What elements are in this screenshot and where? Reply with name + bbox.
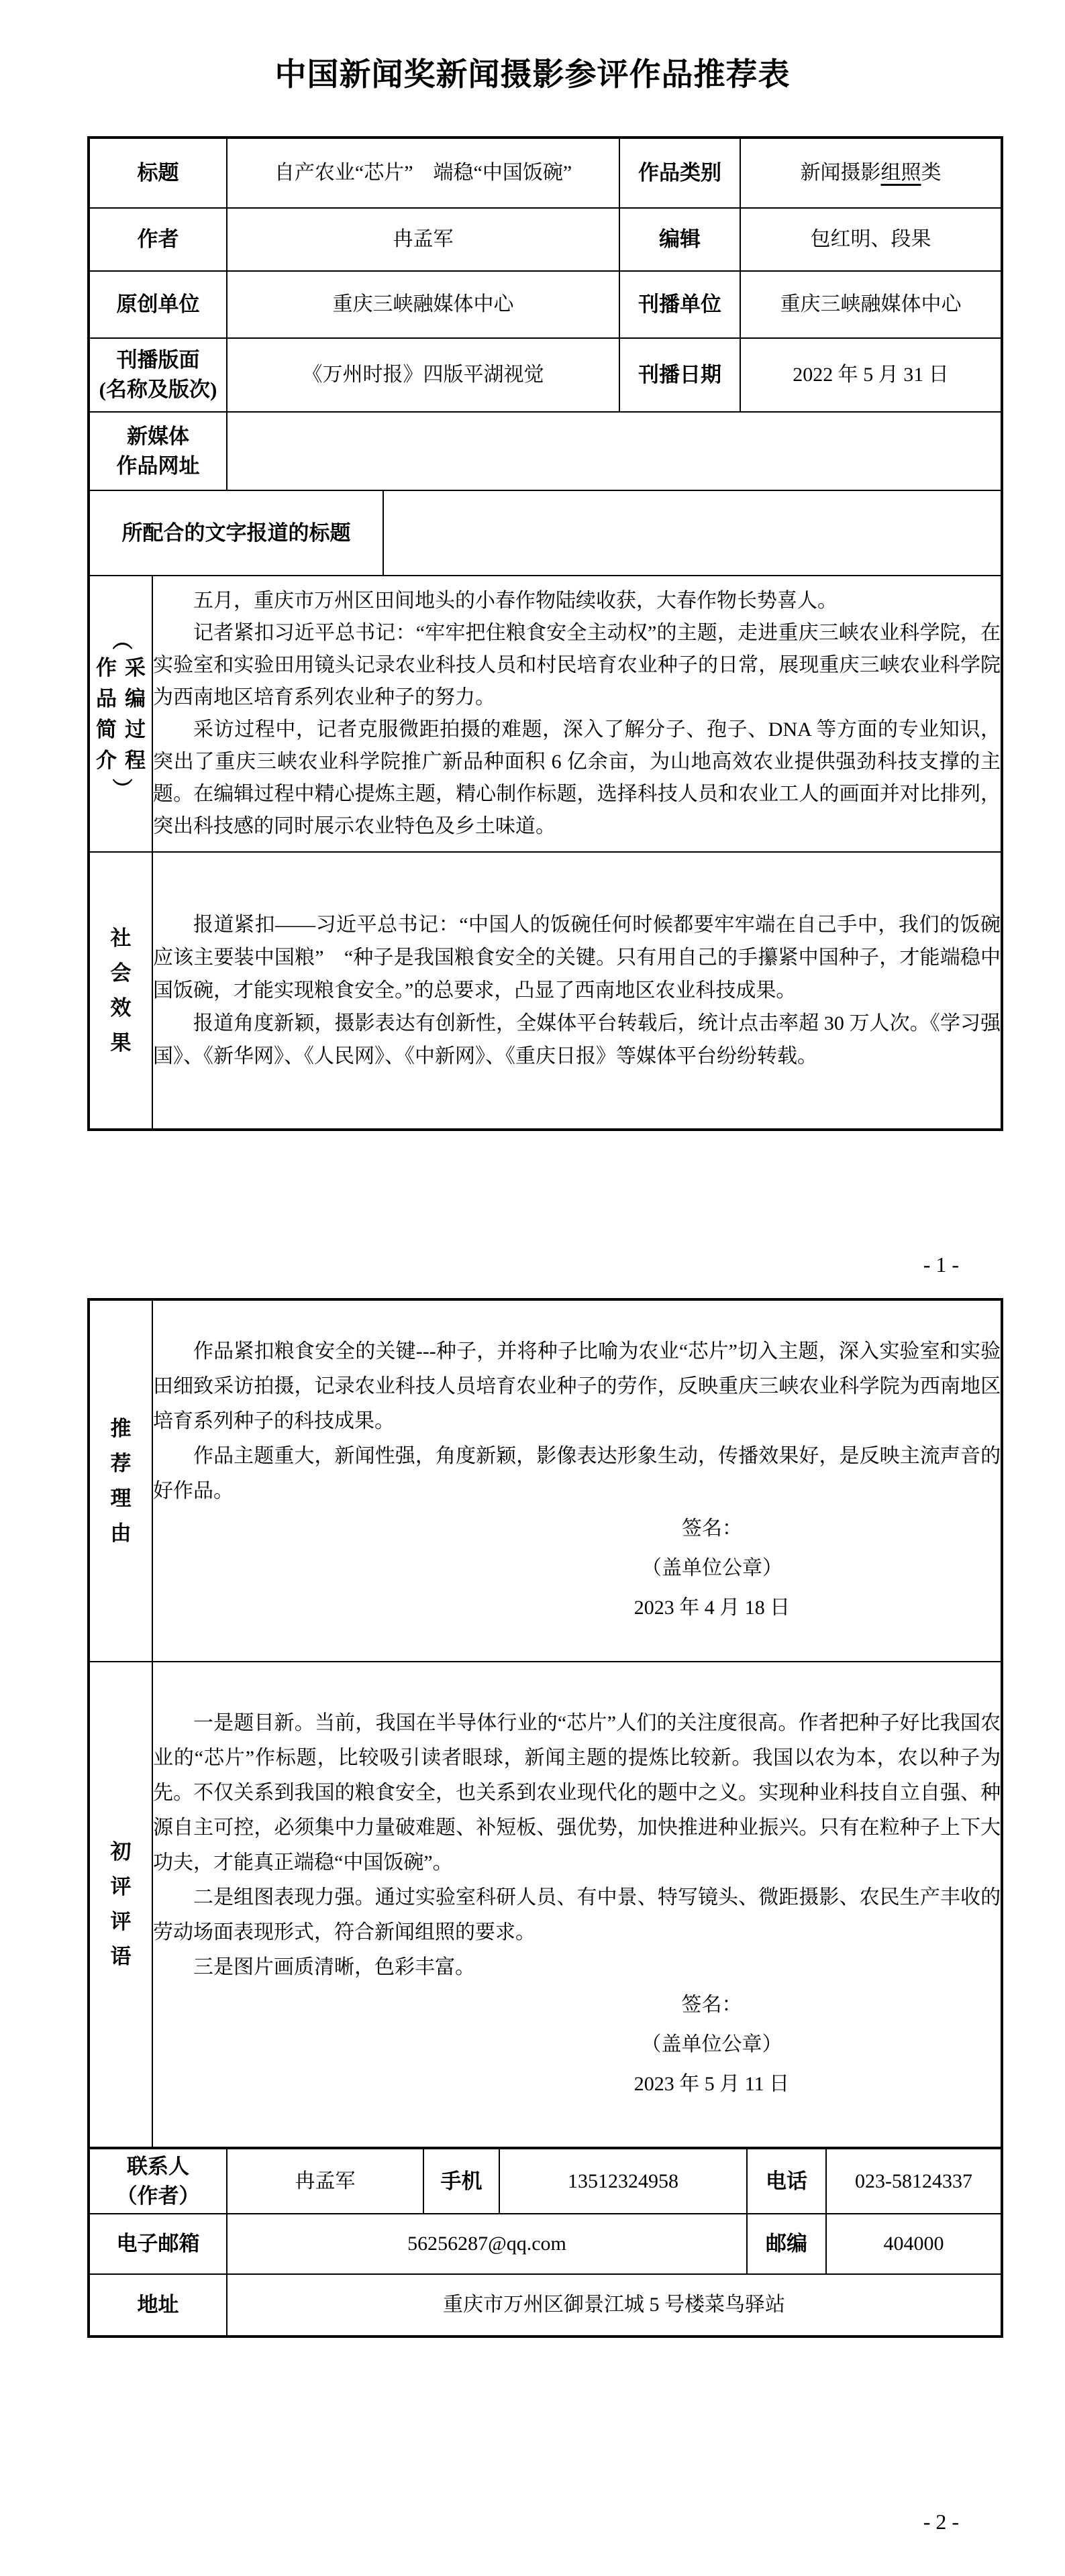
category-suffix: 类: [921, 162, 942, 184]
row-title: 标题 自产农业“芯片” 端稳“中国饭碗” 作品类别 新闻摄影组照类: [89, 138, 1002, 208]
review-paragraph: 三是图片画质清晰，色彩丰富。: [153, 1950, 1001, 1985]
row-layout: 刊播版面 (名称及版次) 《万州时报》四版平湖视觉 刊播日期 2022 年 5 …: [89, 338, 1002, 412]
process-paragraph: 五月，重庆市万州区田间地头的小春作物陆续收获，大春作物长势喜人。: [153, 585, 1001, 617]
origin-value: 重庆三峡融媒体中心: [227, 271, 619, 338]
row-recommendation: 推 荐 理 由 作品紧扣粮食安全的关键---种子，并将种子比喻为农业“芯片”切入…: [89, 1299, 1002, 1662]
document-page: 中国新闻奖新闻摄影参评作品推荐表 标题 自产农业“芯片” 端稳“中国饭碗” 作品…: [0, 0, 1065, 2576]
title-value: 自产农业“芯片” 端稳“中国饭碗”: [227, 138, 619, 208]
process-label-row: 品编: [96, 688, 152, 709]
review-paragraph: 二是组图表现力强。通过实验室科研人员、有中景、特写镜头、微距摄影、农民生产丰收的…: [153, 1880, 1001, 1950]
process-label-row: 简过: [96, 719, 152, 740]
process-label-stack: （ 作采 品编 简过 介程 ）: [90, 633, 152, 796]
mobile-label: 手机: [423, 2148, 499, 2214]
publish-date-label: 刊播日期: [619, 338, 740, 412]
recommendation-label-text: 推 荐 理 由: [90, 1411, 152, 1551]
review-paragraph: 一是题目新。当前，我国在半导体行业的“芯片”人们的关注度很高。作者把种子好比我国…: [153, 1706, 1001, 1880]
review-signature-block: 签名： （盖单位公章） 2023 年 5 月 11 日: [153, 1985, 1001, 2104]
initial-review-label: 初 评 评 语: [89, 1662, 152, 2148]
process-paragraph: 记者紧扣习近平总书记：“牢牢把住粮食安全主动权”的主题，走进重庆三峡农业科学院，…: [153, 617, 1001, 714]
process-label-row: 介程: [96, 750, 152, 771]
recommendation-text: 作品紧扣粮食安全的关键---种子，并将种子比喻为农业“芯片”切入主题，深入实验室…: [152, 1299, 1002, 1662]
email-value: 56256287@qq.com: [227, 2214, 747, 2274]
contact-person-value: 冉孟军: [227, 2148, 423, 2214]
layout-value: 《万州时报》四版平湖视觉: [227, 338, 619, 412]
signature-date: 2023 年 5 月 11 日: [594, 2064, 789, 2104]
category-label: 作品类别: [619, 138, 740, 208]
bracket-close: ）: [113, 778, 128, 798]
url-value: [227, 412, 1002, 490]
recommendation-paragraph: 作品主题重大，新闻性强，角度新颖，影像表达形象生动，传播效果好，是反映主流声音的…: [153, 1439, 1001, 1509]
address-label: 地址: [89, 2274, 227, 2337]
layout-label: 刊播版面 (名称及版次): [89, 338, 227, 412]
social-effect-text: 报道紧扣——习近平总书记：“中国人的饭碗任何时候都要牢牢端在自己手中，我们的饭碗…: [152, 852, 1002, 1130]
row-origin: 原创单位 重庆三峡融媒体中心 刊播单位 重庆三峡融媒体中心: [89, 271, 1002, 338]
seal-note: （盖单位公章）: [594, 1548, 791, 1588]
row-author: 作者 冉孟军 编辑 包红明、段果: [89, 208, 1002, 271]
editor-value: 包红明、段果: [740, 208, 1002, 271]
mobile-value: 13512324958: [499, 2148, 747, 2214]
process-label: （ 作采 品编 简过 介程 ）: [89, 576, 152, 852]
page-title: 中国新闻奖新闻摄影参评作品推荐表: [0, 50, 1065, 95]
review-table: 推 荐 理 由 作品紧扣粮食安全的关键---种子，并将种子比喻为农业“芯片”切入…: [87, 1298, 1003, 2338]
process-label-row: 作采: [96, 657, 152, 678]
process-text: 五月，重庆市万州区田间地头的小春作物陆续收获，大春作物长势喜人。 记者紧扣习近平…: [152, 576, 1002, 852]
page-number-2: - 2 -: [923, 2509, 959, 2534]
editor-label: 编辑: [619, 208, 740, 271]
title-label: 标题: [89, 138, 227, 208]
phone-value: 023-58124337: [826, 2148, 1002, 2214]
social-paragraph: 报道角度新颖，摄影表达有创新性，全媒体平台转载后，统计点击率超 30 万人次。《…: [153, 1007, 1001, 1073]
page-number-1: - 1 -: [923, 1252, 959, 1277]
story-title-label: 所配合的文字报道的标题: [89, 490, 383, 576]
signature-label: 签名：: [594, 1985, 789, 2025]
initial-review-label-text: 初 评 评 语: [90, 1835, 152, 1974]
initial-review-text: 一是题目新。当前，我国在半导体行业的“芯片”人们的关注度很高。作者把种子好比我国…: [152, 1662, 1002, 2148]
social-effect-label: 社 会 效 果: [89, 852, 152, 1130]
author-value: 冉孟军: [227, 208, 619, 271]
phone-label: 电话: [747, 2148, 826, 2214]
bracket-open: （: [113, 630, 128, 650]
story-title-value: [383, 490, 1002, 576]
row-contact: 联系人 （作者） 冉孟军 手机 13512324958 电话 023-58124…: [89, 2148, 1002, 2214]
row-process: （ 作采 品编 简过 介程 ） 五月，重庆市万州区田间地头的小春作物陆续收获，大…: [89, 576, 1002, 852]
row-address: 地址 重庆市万州区御景江城 5 号楼菜鸟驿站: [89, 2274, 1002, 2337]
signature-label: 签名：: [594, 1509, 791, 1548]
url-label: 新媒体 作品网址: [89, 412, 227, 490]
row-story-title: 所配合的文字报道的标题: [89, 490, 1002, 576]
row-email: 电子邮箱 56256287@qq.com 邮编 404000: [89, 2214, 1002, 2274]
category-underlined: 组照: [881, 162, 921, 184]
publish-date-value: 2022 年 5 月 31 日: [740, 338, 1002, 412]
address-value: 重庆市万州区御景江城 5 号楼菜鸟驿站: [227, 2274, 1002, 2337]
social-paragraph: 报道紧扣——习近平总书记：“中国人的饭碗任何时候都要牢牢端在自己手中，我们的饭碗…: [153, 908, 1001, 1007]
recommendation-label: 推 荐 理 由: [89, 1299, 152, 1662]
row-social-effect: 社 会 效 果 报道紧扣——习近平总书记：“中国人的饭碗任何时候都要牢牢端在自己…: [89, 852, 1002, 1130]
signature-date: 2023 年 4 月 18 日: [594, 1588, 791, 1627]
contact-person-label: 联系人 （作者）: [89, 2148, 227, 2214]
recommendation-signature-block: 签名： （盖单位公章） 2023 年 4 月 18 日: [153, 1509, 1001, 1627]
recommendation-paragraph: 作品紧扣粮食安全的关键---种子，并将种子比喻为农业“芯片”切入主题，深入实验室…: [153, 1334, 1001, 1439]
category-value: 新闻摄影组照类: [740, 138, 1002, 208]
category-prefix: 新闻摄影: [801, 162, 881, 184]
email-label: 电子邮箱: [89, 2214, 227, 2274]
social-effect-label-text: 社 会 效 果: [90, 921, 152, 1061]
process-paragraph: 采访过程中，记者克服微距拍摄的难题，深入了解分子、孢子、DNA 等方面的专业知识…: [153, 714, 1001, 843]
seal-note: （盖单位公章）: [594, 2025, 789, 2064]
author-label: 作者: [89, 208, 227, 271]
publisher-value: 重庆三峡融媒体中心: [740, 271, 1002, 338]
zip-value: 404000: [826, 2214, 1002, 2274]
row-url: 新媒体 作品网址: [89, 412, 1002, 490]
info-table: 标题 自产农业“芯片” 端稳“中国饭碗” 作品类别 新闻摄影组照类 作者 冉孟军…: [87, 136, 1003, 1131]
publisher-label: 刊播单位: [619, 271, 740, 338]
zip-label: 邮编: [747, 2214, 826, 2274]
row-initial-review: 初 评 评 语 一是题目新。当前，我国在半导体行业的“芯片”人们的关注度很高。作…: [89, 1662, 1002, 2148]
origin-label: 原创单位: [89, 271, 227, 338]
